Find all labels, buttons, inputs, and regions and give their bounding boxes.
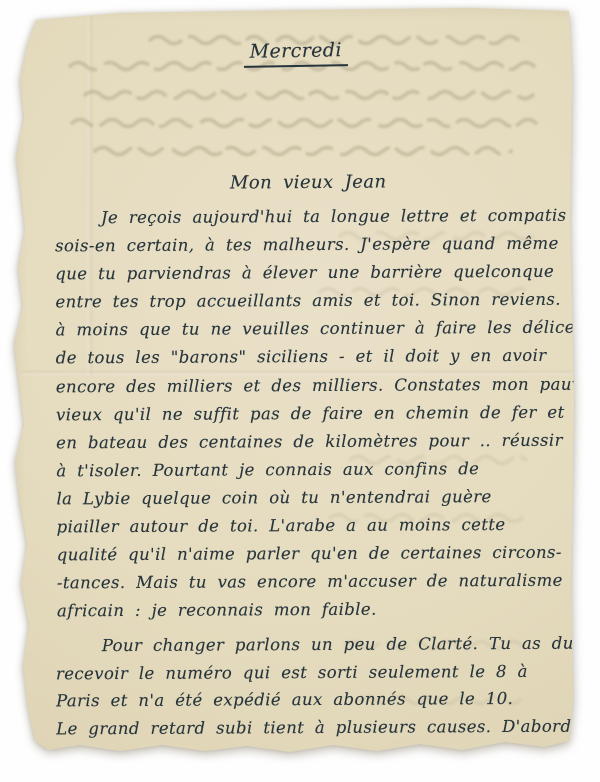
letter-line: que tu parviendras à élever une barrière… <box>55 258 567 289</box>
letter-line: sois-en certain, à tes malheurs. J'espèr… <box>55 230 567 261</box>
letter-line: -tances. Mais tu vas encore m'accuser de… <box>57 567 569 598</box>
letter-line: à t'isoler. Pourtant je connais aux conf… <box>56 455 568 486</box>
letter-line: Le grand retard subi tient à plusieurs c… <box>56 712 568 742</box>
scan-background: Mercredi Mon vieux Jean Je reçois aujour… <box>0 0 600 782</box>
letter-line: en bateau des centaines de kilomètres po… <box>56 426 568 457</box>
letter-line: Paris et n'a été expédié aux abonnés que… <box>56 685 568 715</box>
paper-shadow: Mercredi Mon vieux Jean Je reçois aujour… <box>0 0 600 782</box>
letter-line: entre tes trop accueillants amis et toi.… <box>55 286 567 317</box>
letter-line: vieux qu'il ne suffit pas de faire en ch… <box>56 398 568 429</box>
letter-line: Je reçois aujourd'hui ta longue lettre e… <box>55 202 567 233</box>
letter-line: qualité qu'il n'aime parler qu'en de cer… <box>57 539 569 570</box>
letter-line: encore des milliers et des milliers. Con… <box>56 370 568 401</box>
letter-line: de tous les "barons" siciliens - et il d… <box>56 342 568 373</box>
letter-line: piailler autour de toi. L'arabe a au moi… <box>57 511 569 542</box>
letter-dateline: Mercredi <box>244 39 349 68</box>
letter-line: recevoir le numéro qui est sorti seuleme… <box>56 657 568 687</box>
letter-line: à moins que tu ne veuilles continuer à f… <box>55 314 567 345</box>
letter-paragraph-2: Pour changer parlons un peu de Clarté. T… <box>56 630 569 743</box>
letter-line: Pour changer parlons un peu de Clarté. T… <box>56 630 568 660</box>
letter-page: Mercredi Mon vieux Jean Je reçois aujour… <box>0 0 600 782</box>
letter-line: africain : je reconnais mon faible. <box>57 595 569 626</box>
letter-paragraph-1: Je reçois aujourd'hui ta longue lettre e… <box>55 202 569 626</box>
letter-line: la Lybie quelque coin où tu n'entendrai … <box>56 483 568 514</box>
letter-salutation: Mon vieux Jean <box>230 171 387 193</box>
